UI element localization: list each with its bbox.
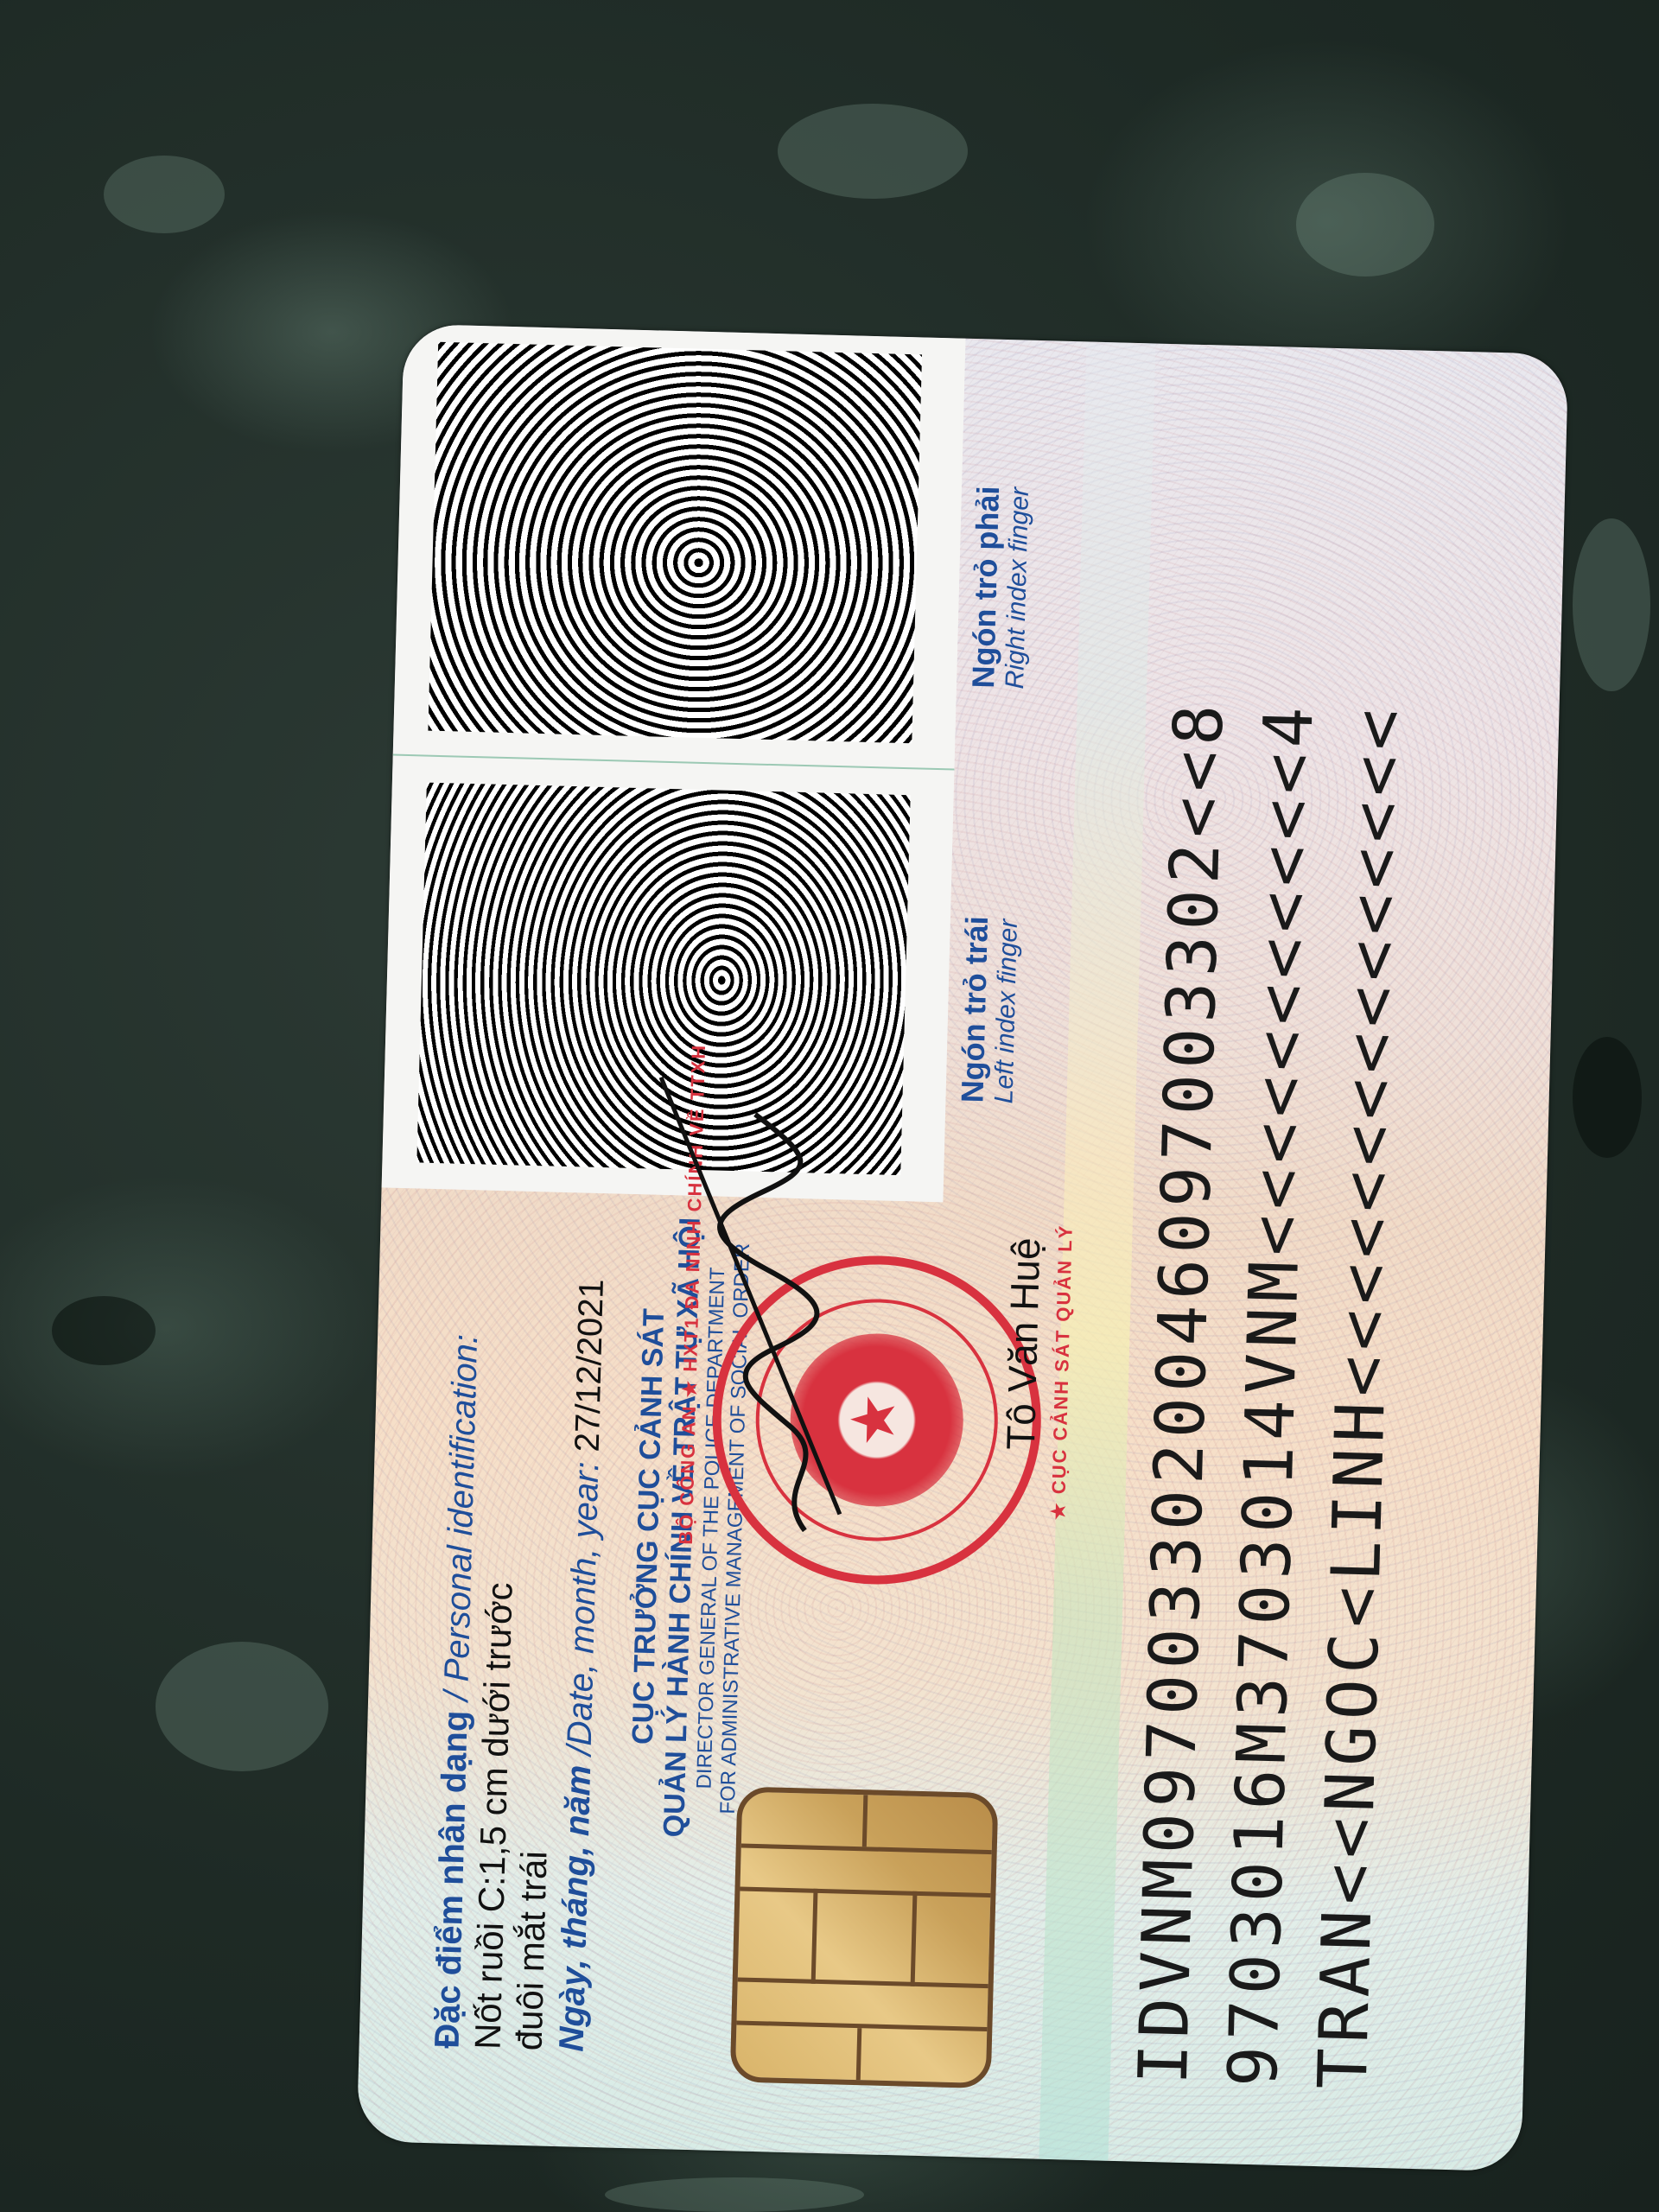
machine-readable-zone: IDVNM0970033020046097003302<<8 9703016M3… <box>1119 698 1425 2090</box>
marble-speck <box>1573 1037 1642 1158</box>
right-index-fingerprint <box>428 342 922 744</box>
marble-speck <box>104 156 225 233</box>
signature <box>544 1040 921 1568</box>
left-finger-label: Ngón trỏ trái Left index finger <box>954 916 1025 1104</box>
marble-speck <box>605 2177 864 2212</box>
marble-speck <box>52 1296 156 1365</box>
fingerprint-divider <box>393 754 955 771</box>
signer-name: Tô Văn Huệ <box>997 1237 1049 1451</box>
right-finger-label: Ngón trỏ phải Right index finger <box>965 486 1036 690</box>
id-card-back: Ngón trỏ trái Left index finger Ngón trỏ… <box>357 324 1569 2172</box>
marble-speck <box>1296 173 1434 276</box>
marble-speck <box>156 1642 328 1771</box>
marble-speck <box>778 104 968 199</box>
smart-chip <box>730 1786 999 2088</box>
marble-speck <box>1573 518 1650 691</box>
